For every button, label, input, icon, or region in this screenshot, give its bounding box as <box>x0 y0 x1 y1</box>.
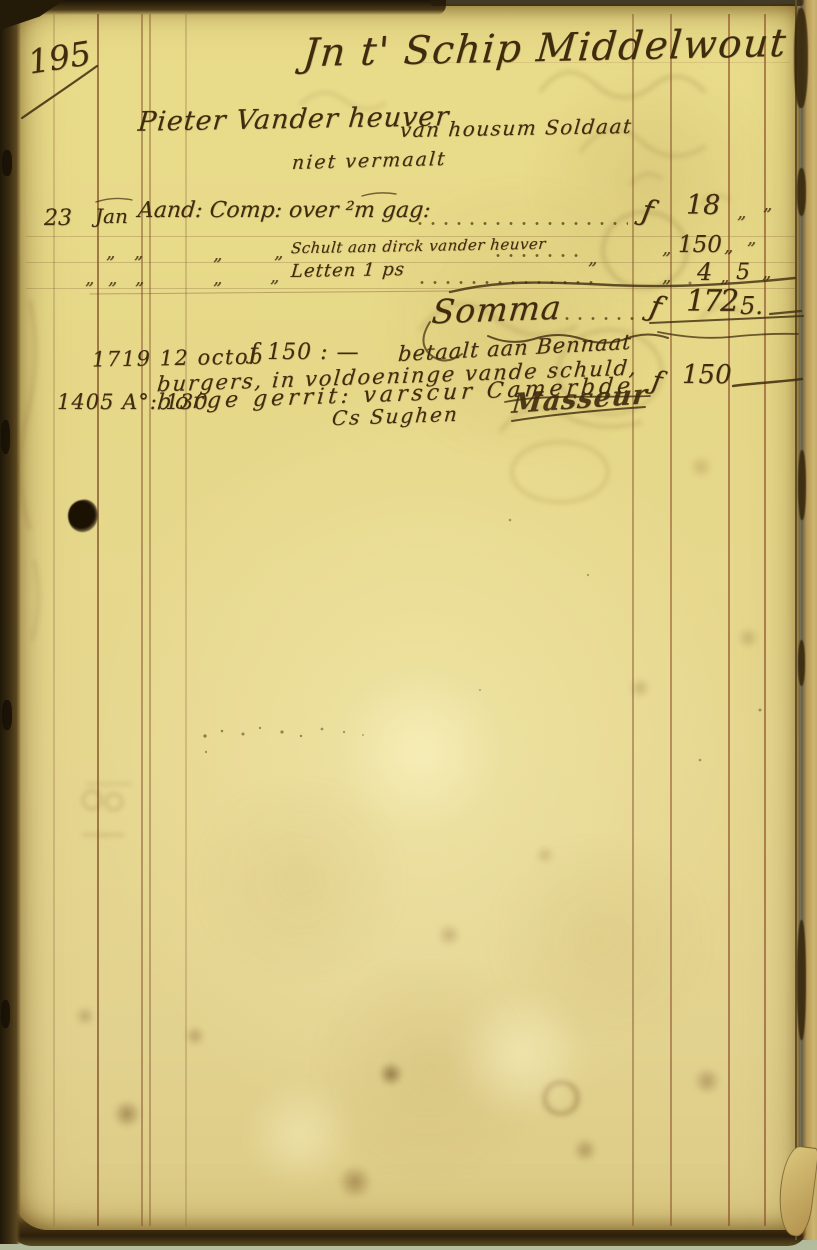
entry-1-amount-guilders: 18 <box>686 190 720 221</box>
light-patch <box>240 1080 360 1190</box>
entry-2-amount-guilders: 150 <box>678 232 722 258</box>
account-note: niet vermaalt <box>291 148 447 174</box>
edge-mark <box>798 450 806 520</box>
ditto-mark: „ <box>108 268 117 289</box>
settlement-date: 1719 12 octob <box>92 345 264 372</box>
ditto-mark: „ <box>270 266 279 287</box>
ruled-line <box>185 14 187 1226</box>
stain <box>184 1026 206 1046</box>
somma-amount-guilders: 172 <box>686 284 737 319</box>
ruled-line <box>53 14 55 1226</box>
ditto-mark: „ <box>662 266 671 287</box>
account-origin: van housum Soldaat <box>399 114 634 142</box>
stain <box>436 924 462 946</box>
page-edge-top <box>0 0 446 15</box>
edge-mark <box>797 920 806 1040</box>
ditto-mark: „ <box>762 262 771 283</box>
stain <box>572 1138 598 1162</box>
entry-3-amount-stuivers: 5 <box>736 260 750 285</box>
ditto-mark: „ <box>134 242 143 263</box>
ditto-mark: „ <box>213 268 222 289</box>
ditto-mark: „ <box>588 248 597 269</box>
binding-notch <box>1 1000 10 1028</box>
entry-1-day: 23 <box>44 206 72 231</box>
ditto-mark: „ <box>85 268 94 289</box>
stain <box>688 456 714 478</box>
edge-mark <box>797 168 806 216</box>
ditto-mark: „ <box>662 238 671 259</box>
leader-dots <box>420 281 602 284</box>
leader-dots <box>552 317 640 320</box>
edge-mark <box>794 8 808 108</box>
stain <box>628 678 652 698</box>
settlement-line4: Cs Sughen <box>331 402 460 431</box>
ledger-photo: 195 Jn t' Schip Middelwout Pieter Vander… <box>0 0 817 1250</box>
somma-amount-stuivers: 5. <box>740 292 763 320</box>
entry-1-description: Aand: Comp: over ²m gag: <box>137 198 432 223</box>
entry-3-description: Letten 1 ps <box>290 259 406 282</box>
ditto-mark: „ <box>106 242 115 263</box>
edge-mark <box>798 640 805 686</box>
settlement-amount-guilders: 150 <box>682 360 732 390</box>
ruled-line <box>149 14 151 1226</box>
ditto-mark: „ <box>135 268 144 289</box>
binding-edge-left <box>0 0 21 1244</box>
ditto-mark: „ <box>737 202 746 223</box>
ditto-mark: „ <box>274 242 283 263</box>
settlement-amount-note: ƒ 150 : — <box>250 340 360 365</box>
stain <box>692 1068 722 1094</box>
binding-notch <box>2 700 12 730</box>
light-patch <box>330 670 510 830</box>
light-patch <box>450 990 590 1120</box>
ditto-mark: „ <box>763 194 772 215</box>
page-edge-top-thin <box>430 0 804 6</box>
stain <box>74 1006 96 1026</box>
somma-label: Somma <box>430 288 564 332</box>
stain <box>112 1100 142 1128</box>
ditto-mark: „ <box>213 244 222 265</box>
entry-3-amount-guilders: 4 <box>697 258 712 286</box>
binding-notch <box>1 420 10 454</box>
binding-notch <box>2 150 12 176</box>
ditto-mark: „ <box>747 228 756 249</box>
ruled-line <box>141 14 143 1226</box>
stain <box>736 628 760 648</box>
entry-1-month: Jan <box>95 204 128 228</box>
leader-dots <box>496 254 580 257</box>
leader-dots <box>418 222 628 225</box>
ruled-line <box>97 14 99 1226</box>
ditto-mark: „ <box>724 236 733 257</box>
